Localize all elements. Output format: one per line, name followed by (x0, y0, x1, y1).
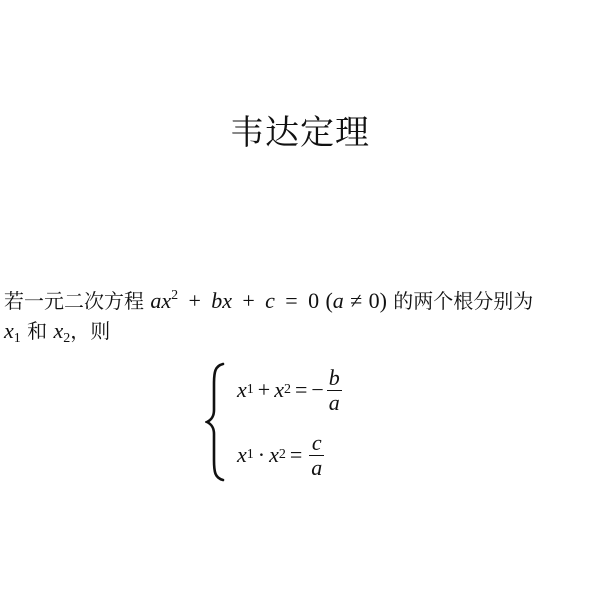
plus-sign: + (254, 377, 274, 403)
coef-c: c (265, 288, 275, 313)
equals-sign: = (281, 288, 301, 313)
subscript-2: 2 (284, 382, 291, 398)
root1-var: x (4, 318, 14, 343)
coef-a: a (150, 288, 161, 313)
vieta-system: x1 + x2 = − b a x1 · x2 = c a (205, 362, 405, 484)
var-x2: x (274, 377, 284, 403)
coef-b: b (211, 288, 222, 313)
statement-line-1: 若一元二次方程 ax2 + bx + c = 0 (a ≠ 0) 的两个根分别为 (4, 281, 600, 316)
numerator: b (327, 366, 342, 390)
root1-subscript: 1 (14, 331, 21, 346)
product-of-roots-equation: x1 · x2 = c a (237, 426, 324, 484)
quadratic-equation: ax2 + bx + c = 0 (a ≠ 0) (150, 289, 393, 313)
and-text: 和 (27, 319, 47, 343)
var-x2: x (269, 442, 279, 468)
plus-sign: + (238, 288, 258, 313)
condition-close-paren: ) (380, 288, 387, 313)
numerator: c (310, 431, 324, 455)
var-x: x (161, 288, 171, 313)
equals-sign: = (286, 442, 306, 468)
minus-sign: − (311, 377, 323, 403)
fraction-c-over-a: c a (309, 431, 324, 480)
denominator: a (309, 456, 324, 480)
condition-zero: 0 (369, 288, 380, 313)
subscript-1: 1 (247, 447, 254, 463)
left-brace-icon (205, 362, 227, 482)
lead-text: 若一元二次方程 (4, 289, 144, 313)
var-x1: x (237, 442, 247, 468)
sum-of-roots-equation: x1 + x2 = − b a (237, 362, 342, 418)
not-equal-sign: ≠ (350, 288, 362, 313)
tail-text: ，则 (70, 319, 110, 343)
var-x: x (222, 288, 232, 313)
middle-text: 的两个根分别为 (393, 289, 533, 313)
multiply-dot: · (254, 442, 269, 468)
page-title: 韦达定理 (0, 110, 600, 156)
root2-var: x (53, 318, 63, 343)
theorem-statement: 若一元二次方程 ax2 + bx + c = 0 (a ≠ 0) 的两个根分别为… (4, 281, 600, 353)
exponent: 2 (171, 288, 178, 303)
var-x1: x (237, 377, 247, 403)
subscript-2: 2 (279, 447, 286, 463)
subscript-1: 1 (247, 382, 254, 398)
condition-a: a (333, 288, 344, 313)
plus-sign: + (184, 288, 204, 313)
condition-open-paren: ( (325, 288, 332, 313)
denominator: a (327, 391, 342, 415)
fraction-b-over-a: b a (327, 366, 342, 415)
equals-sign: = (291, 377, 311, 403)
statement-line-2: x1 和 x2，则 (4, 316, 600, 353)
zero: 0 (308, 288, 319, 313)
